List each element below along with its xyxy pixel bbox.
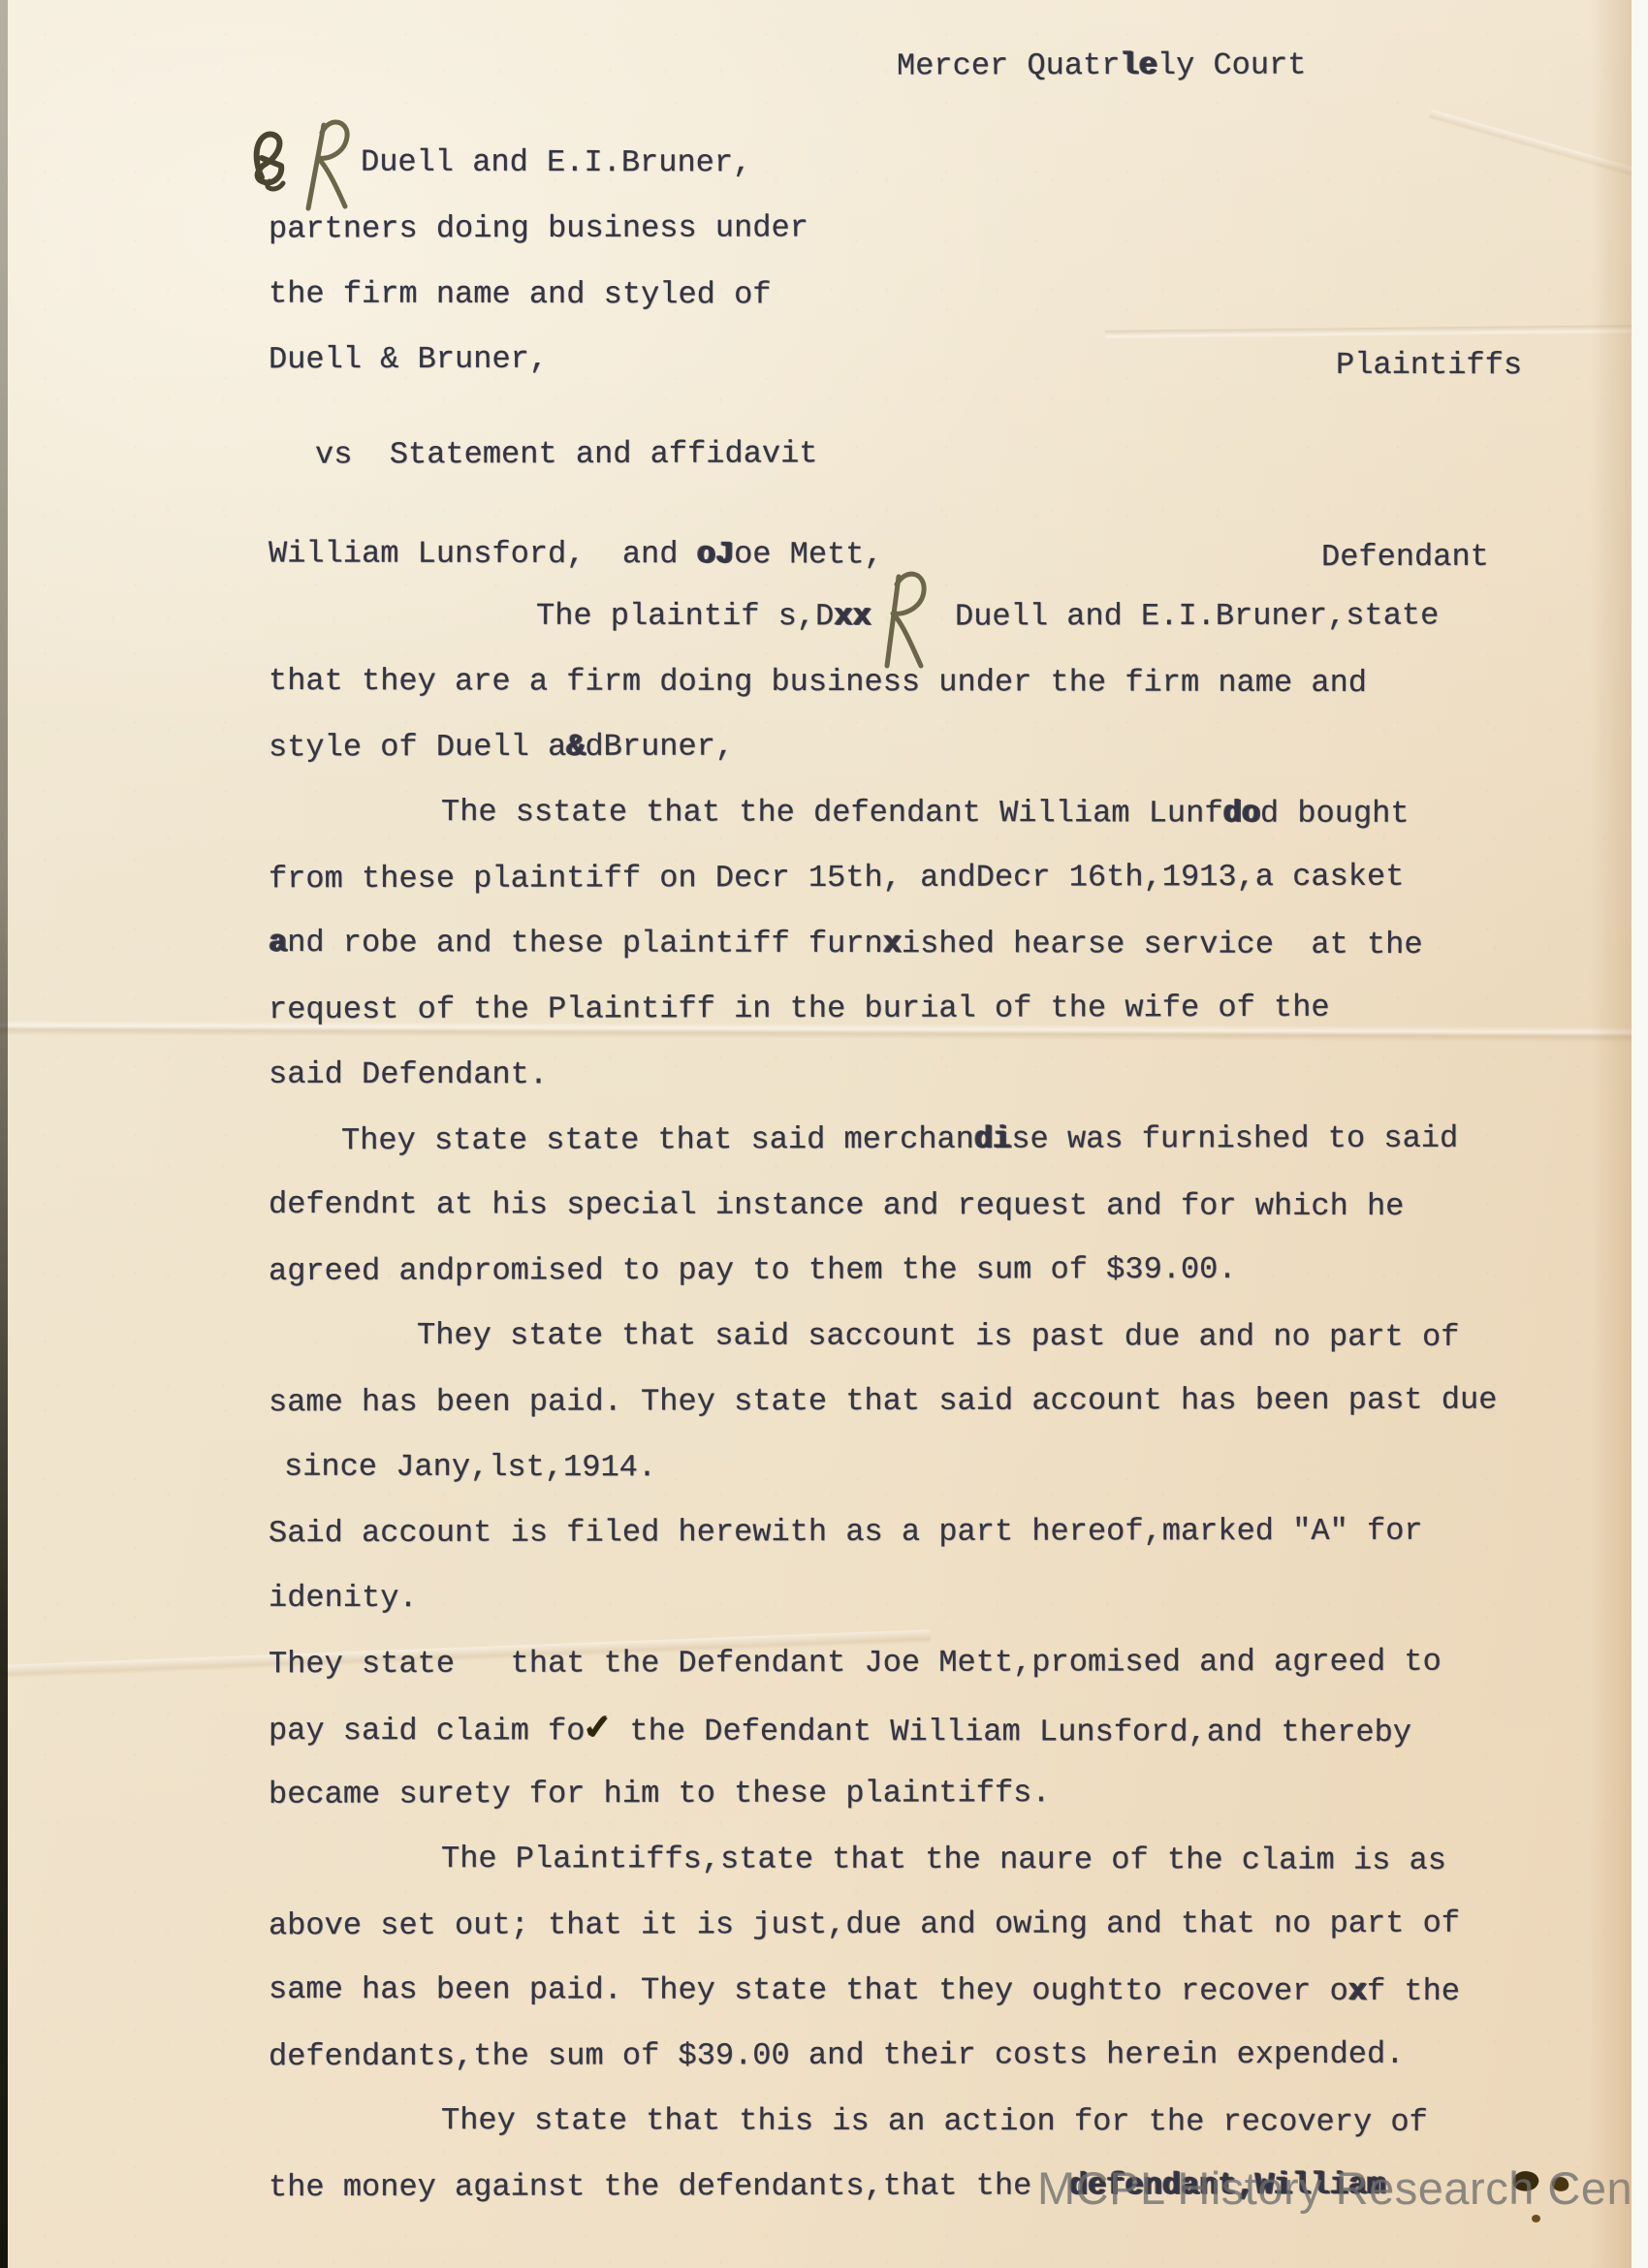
- typed-line: Said account is filed herewith as a part…: [269, 1512, 1423, 1553]
- typed-text-segment: defendnt at his special instance and req…: [269, 1186, 1404, 1224]
- typed-text-segment: from these plaintiff on Decr 15th, andDe…: [269, 859, 1404, 897]
- typed-line: from these plaintiff on Decr 15th, andDe…: [269, 858, 1404, 898]
- typed-line: The sstate that the defendant William Lu…: [441, 793, 1410, 834]
- handwritten-checkmark: ✓: [583, 1705, 613, 1749]
- paper: Mercer Quatrlely CourtDuell and E.I.Brun…: [0, 0, 1632, 2268]
- typed-line: style of Duell a&dBruner,: [269, 727, 734, 767]
- typed-text-segment: idenity.: [269, 1580, 418, 1616]
- typed-text-segment: same has been paid. They state that they…: [269, 1971, 1348, 2009]
- typed-line: defendants,the sum of $39.00 and their c…: [269, 2035, 1404, 2076]
- typed-text-segment: le: [1120, 47, 1157, 83]
- typed-text-segment: vs Statement and affidavit: [315, 435, 818, 472]
- typed-line: Duell and E.I.Bruner,state: [955, 596, 1439, 636]
- typed-line: agreed andpromised to pay to them the su…: [269, 1250, 1237, 1291]
- typed-text-segment: ly Court: [1157, 47, 1307, 83]
- typed-line: same has been paid. They state that they…: [269, 1970, 1460, 2011]
- typed-text-segment: since Jany,lst,1914.: [284, 1449, 656, 1486]
- watermark: MCPL History Research Center.: [1037, 2163, 1648, 2214]
- paper-right-edge-shadow: [1590, 0, 1632, 2268]
- typed-line: They state state that said merchandise w…: [341, 1119, 1458, 1160]
- typed-text-segment: They state that the Defendant Joe Mett,p…: [269, 1644, 1442, 1683]
- typed-text-segment: Said account is filed herewith as a part…: [269, 1513, 1423, 1551]
- typed-line: and robe and these plaintiff furnxished …: [269, 924, 1423, 964]
- typed-line: request of the Plaintiff in the burial o…: [269, 989, 1330, 1029]
- typed-line: The Plaintiffs,state that the naure of t…: [441, 1840, 1446, 1880]
- typed-line: idenity.: [269, 1579, 418, 1618]
- typed-line: William Lunsford, and oJoe Mett,: [269, 534, 883, 574]
- typed-text-segment: Plaintiffs: [1336, 347, 1522, 383]
- paper-left-edge-shadow: [0, 0, 8, 2268]
- handwritten-initial-mark: [240, 110, 363, 218]
- typed-line: Plaintiffs: [1336, 346, 1522, 385]
- ink-spot: [1532, 2215, 1540, 2222]
- typed-text-segment: d bought: [1260, 796, 1410, 832]
- typed-line: said Defendant.: [269, 1055, 548, 1095]
- scanner-background-strip: [1632, 0, 1648, 2268]
- typed-text-segment: same has been paid. They state that said…: [269, 1382, 1497, 1421]
- typed-line: They state that the Defendant Joe Mett,p…: [269, 1643, 1442, 1685]
- typed-text-segment: ished hearse service at the: [902, 926, 1423, 962]
- typed-line: Duell and E.I.Bruner,: [361, 143, 751, 183]
- typed-text-segment: the Defendant William Lunsford,and there…: [611, 1714, 1411, 1750]
- typed-text-segment: dBruner,: [585, 728, 734, 764]
- typed-text-segment: Defendant: [1321, 539, 1489, 575]
- typed-text-segment: Duell and E.I.Bruner,: [361, 144, 751, 181]
- typed-text-segment: Mercer Quatr: [897, 47, 1121, 83]
- typed-text-segment: pay said claim fo: [269, 1713, 586, 1749]
- typed-text-segment: oJ: [697, 536, 734, 572]
- typed-text-segment: William Lunsford, and: [269, 535, 697, 572]
- typed-text-segment: They state that this is an action for th…: [441, 2102, 1428, 2140]
- typed-text-segment: became surety for him to these plaintiff…: [269, 1775, 1051, 1812]
- typed-line: defendnt at his special instance and req…: [269, 1185, 1404, 1226]
- typed-text-segment: di: [974, 1121, 1011, 1157]
- typed-text-segment: do: [1222, 796, 1259, 832]
- typed-text-segment: se was furnished to said: [1011, 1120, 1458, 1157]
- typed-line: that they are a firm doing business unde…: [269, 662, 1367, 703]
- typed-line: pay said claim fo✓ the Defendant William…: [269, 1709, 1411, 1752]
- typed-line: since Jany,lst,1914.: [284, 1448, 656, 1488]
- typed-text-segment: &: [566, 729, 585, 765]
- typed-line: The plaintif s,Dxx: [536, 597, 872, 637]
- document-scan: Mercer Quatrlely CourtDuell and E.I.Brun…: [0, 0, 1648, 2268]
- typed-text-segment: They state that said saccount is past du…: [417, 1317, 1459, 1355]
- typed-line: same has been paid. They state that said…: [269, 1381, 1497, 1423]
- typed-text-segment: f the: [1367, 1973, 1460, 2009]
- typed-line: became surety for him to these plaintiff…: [269, 1774, 1051, 1814]
- typed-line: vs Statement and affidavit: [315, 434, 818, 474]
- typed-text-segment: the firm name and styled of: [269, 276, 772, 313]
- typed-text-segment: x: [1348, 1973, 1367, 2009]
- typed-line: the firm name and styled of: [269, 275, 772, 315]
- typed-text-segment: above set out; that it is just,due and o…: [269, 1906, 1460, 1944]
- typed-line: They state that this is an action for th…: [441, 2101, 1428, 2142]
- typed-text-segment: nd robe and these plaintiff furn: [287, 925, 883, 961]
- typed-line: above set out; that it is just,due and o…: [269, 1905, 1460, 1946]
- typed-text-segment: The Plaintiffs,state that the naure of t…: [441, 1841, 1446, 1878]
- typed-text-segment: style of Duell a: [269, 729, 566, 766]
- typed-text-segment: agreed andpromised to pay to them the su…: [269, 1251, 1237, 1289]
- typed-line: Defendant: [1321, 538, 1489, 577]
- typed-line: Duell & Bruner,: [269, 340, 548, 380]
- typed-text-segment: Duell & Bruner,: [269, 341, 548, 378]
- typed-text-segment: The plaintif s,D: [536, 598, 834, 635]
- handwritten-r-annotation: [866, 565, 935, 674]
- typed-text-segment: They state state that said merchan: [341, 1121, 974, 1158]
- typed-line: Mercer Quatrlely Court: [897, 47, 1307, 86]
- typed-text-segment: said Defendant.: [269, 1056, 548, 1093]
- typed-text-segment: Duell and E.I.Bruner,state: [955, 597, 1439, 634]
- typed-text-segment: defendants,the sum of $39.00 and their c…: [269, 2036, 1404, 2074]
- typed-text-segment: x: [883, 926, 902, 961]
- typed-text-segment: a: [269, 925, 287, 961]
- typed-text-segment: that they are a firm doing business unde…: [269, 663, 1367, 701]
- typed-text-segment: The sstate that the defendant William Lu…: [441, 794, 1223, 831]
- typed-text-segment: oe Mett,: [734, 536, 883, 572]
- typed-text-segment: the money against the defendants,that th…: [269, 2167, 1069, 2205]
- typed-text-segment: request of the Plaintiff in the burial o…: [269, 990, 1330, 1027]
- typed-line: They state that said saccount is past du…: [417, 1316, 1459, 1357]
